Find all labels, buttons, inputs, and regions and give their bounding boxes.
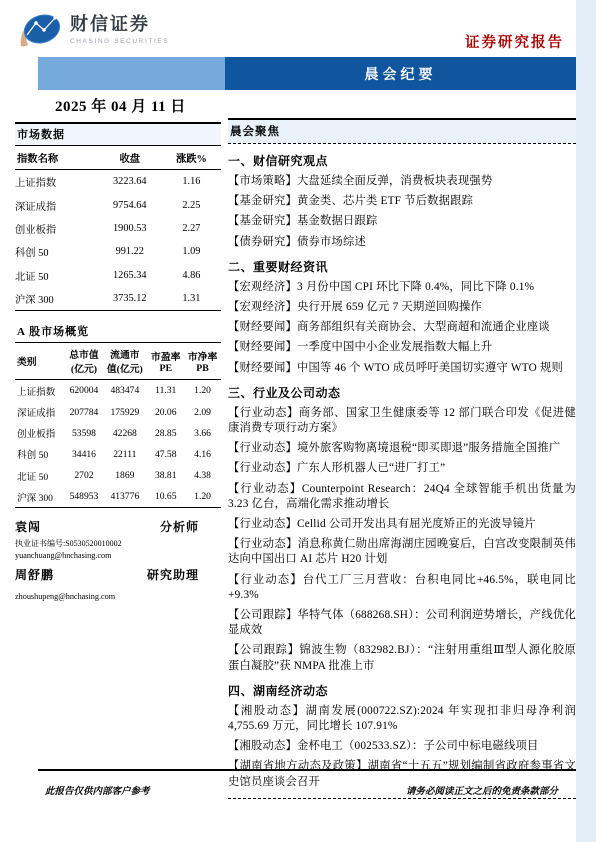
focus-item: 【行业动态】台代工厂三月营收：台积电同比+46.5%，联电同比+9.3%	[228, 573, 576, 603]
table-cell: 22111	[102, 444, 147, 465]
table-cell: 深证成指	[15, 401, 66, 422]
focus-item: 【财经要闻】中国等 46 个 WTO 成员呼吁美国切实遵守 WTO 规则	[228, 361, 576, 376]
focus-item: 【行业动态】广东人形机器人已“进厂打工”	[228, 461, 576, 476]
footer-note-right: 请务必阅读正文之后的免责条款部分	[406, 783, 558, 797]
table-row: 沪深 3003735.121.31	[15, 287, 221, 311]
table-cell: 2.27	[162, 217, 221, 240]
table-cell: 20.06	[147, 401, 184, 422]
table-cell: 4.86	[162, 264, 221, 287]
table-cell: 1.31	[162, 287, 221, 311]
focus-item: 【行业动态】境外旅客购物离境退税“即买即退”服务措施全国推广	[228, 441, 576, 456]
page-edge-strip	[576, 0, 596, 842]
table-cell: 2.25	[162, 193, 221, 216]
table-cell: 创业板指	[15, 217, 98, 240]
table-header-row: 指数名称收盘涨跌%	[15, 146, 221, 170]
brand-name-cn: 财信证券	[70, 10, 169, 36]
table-cell: 沪深 300	[15, 486, 66, 508]
focus-item: 【湘股动态】湖南发展(000722.SZ):2024 年实现扣非归母净利润 4,…	[228, 704, 576, 734]
table-cell: 1.20	[184, 380, 221, 402]
table-row: 科创 50344162211147.584.16	[15, 444, 221, 465]
table-cell: 413776	[102, 486, 147, 508]
report-page: 财信证券 CHASING SECURITIES 证券研究报告 晨会纪要 2025…	[0, 0, 596, 842]
market-data-title: 市场数据	[15, 122, 221, 146]
table-cell: 科创 50	[15, 240, 98, 263]
column-header: 市净率 PB	[184, 343, 221, 380]
member-name: 袁闯	[15, 518, 41, 535]
report-type-label: 证券研究报告	[465, 31, 564, 52]
focus-item: 【基金研究】黄金类、芯片类 ETF 节后数据跟踪	[228, 194, 576, 209]
column-header: 市盈率 PE	[147, 343, 184, 380]
focus-item: 【行业动态】商务部、国家卫生健康委等 12 部门联合印发《促进健康消费专项行动方…	[228, 406, 576, 436]
content-end-divider	[228, 798, 576, 799]
table-cell: 深证成指	[15, 193, 98, 216]
column-header: 收盘	[98, 146, 162, 170]
table-cell: 548953	[66, 486, 103, 508]
focus-item: 【宏观经济】3 月份中国 CPI 环比下降 0.4%，同比下降 0.1%	[228, 280, 576, 295]
focus-item: 【湘股动态】金杯电工（002533.SZ）：子公司中标电磁线项目	[228, 739, 576, 754]
banner-left-block	[38, 57, 225, 90]
member-role: 研究助理	[147, 566, 199, 583]
table-cell: 1265.34	[98, 264, 162, 287]
table-header-row: 类别总市值 (亿元)流通市 值(亿元)市盈率 PE市净率 PB	[15, 343, 221, 380]
table-cell: 4.38	[184, 465, 221, 486]
focus-item: 【财经要闻】商务部组织有关商协会、大型商超和流通企业座谈	[228, 320, 576, 335]
brand-header: 财信证券 CHASING SECURITIES	[18, 10, 169, 57]
focus-sections: 一、财信研究观点【市场策略】大盘延续全面反弹，消费板块表现强势【基金研究】黄金类…	[228, 152, 576, 790]
table-cell: 175929	[102, 401, 147, 422]
table-row: 深证成指20778417592920.062.09	[15, 401, 221, 422]
focus-item: 【公司跟踪】锦波生物（832982.BJ）：“注射用重组Ⅲ型人源化胶原蛋白凝胶”…	[228, 643, 576, 673]
ashare-overview-title: A 股市场概览	[15, 320, 221, 342]
focus-item: 【行业动态】消息称黄仁勋出席海湖庄园晚宴后，白宫改变限制英伟达向中国出口 AI …	[228, 537, 576, 567]
team-member: 周舒鹏研究助理zhoushupeng@hnchasing.com	[15, 566, 221, 601]
member-cert-number: 执业证书编号:S0530520010002	[15, 538, 221, 549]
company-logo-icon	[18, 10, 64, 57]
column-header: 流通市 值(亿元)	[102, 343, 147, 380]
section-heading: 三、行业及公司动态	[228, 384, 576, 401]
table-cell: 483474	[102, 380, 147, 402]
focus-item: 【市场策略】大盘延续全面反弹，消费板块表现强势	[228, 174, 576, 189]
table-row: 上证指数3223.641.16	[15, 170, 221, 194]
table-cell: 28.85	[147, 423, 184, 444]
table-cell: 47.58	[147, 444, 184, 465]
section-heading: 四、湖南经济动态	[228, 682, 576, 699]
focus-item: 【宏观经济】央行开展 659 亿元 7 天期逆回购操作	[228, 300, 576, 315]
ashare-overview-table: 类别总市值 (亿元)流通市 值(亿元)市盈率 PE市净率 PB上证指数62000…	[15, 342, 221, 508]
footer: 此报告仅供内部客户参考 请务必阅读正文之后的免责条款部分	[45, 783, 558, 797]
table-cell: 11.31	[147, 380, 184, 402]
section-heading: 二、重要财经资讯	[228, 258, 576, 275]
member-email: zhoushupeng@hnchasing.com	[15, 592, 221, 601]
main-content: 晨会聚焦 一、财信研究观点【市场策略】大盘延续全面反弹，消费板块表现强势【基金研…	[228, 118, 576, 799]
left-sidebar: 市场数据 指数名称收盘涨跌%上证指数3223.641.16深证成指9754.64…	[15, 122, 221, 601]
table-row: 深证成指9754.642.25	[15, 193, 221, 216]
focus-section-title: 晨会聚焦	[228, 118, 576, 144]
table-cell: 上证指数	[15, 170, 98, 194]
title-banner: 晨会纪要	[38, 57, 576, 90]
footer-divider	[38, 769, 576, 771]
section-heading: 一、财信研究观点	[228, 152, 576, 169]
member-role: 分析师	[160, 518, 199, 535]
table-cell: 34416	[66, 444, 103, 465]
banner-right-block: 晨会纪要	[225, 57, 576, 90]
focus-item: 【行业动态】Cellid 公司开发出具有屈光度矫正的光波导镜片	[228, 517, 576, 532]
table-cell: 1869	[102, 465, 147, 486]
table-cell: 科创 50	[15, 444, 66, 465]
table-row: 创业板指535984226828.853.66	[15, 423, 221, 444]
focus-item: 【基金研究】基金数据日跟踪	[228, 214, 576, 229]
focus-item: 【财经要闻】一季度中国中小企业发展指数大幅上升	[228, 340, 576, 355]
table-cell: 53598	[66, 423, 103, 444]
report-date: 2025 年 04 月 11 日	[55, 95, 186, 116]
column-header: 指数名称	[15, 146, 98, 170]
member-header: 袁闯分析师	[15, 518, 221, 535]
table-cell: 北证 50	[15, 264, 98, 287]
report-title: 晨会纪要	[365, 64, 437, 84]
table-cell: 42268	[102, 423, 147, 444]
table-row: 上证指数62000448347411.311.20	[15, 380, 221, 402]
table-row: 北证 502702186938.814.38	[15, 465, 221, 486]
team-member: 袁闯分析师执业证书编号:S0530520010002yuanchuang@hnc…	[15, 518, 221, 560]
table-cell: 3223.64	[98, 170, 162, 194]
member-header: 周舒鹏研究助理	[15, 566, 221, 583]
column-header: 总市值 (亿元)	[66, 343, 103, 380]
table-cell: 2702	[66, 465, 103, 486]
table-cell: 北证 50	[15, 465, 66, 486]
table-cell: 1.16	[162, 170, 221, 194]
table-cell: 上证指数	[15, 380, 66, 402]
table-cell: 10.65	[147, 486, 184, 508]
table-row: 科创 50991.221.09	[15, 240, 221, 263]
member-name: 周舒鹏	[15, 566, 54, 583]
table-cell: 沪深 300	[15, 287, 98, 311]
table-cell: 38.81	[147, 465, 184, 486]
brand-text: 财信证券 CHASING SECURITIES	[70, 10, 169, 45]
table-cell: 620004	[66, 380, 103, 402]
focus-item: 【债券研究】债券市场综述	[228, 235, 576, 250]
table-cell: 3735.12	[98, 287, 162, 311]
table-cell: 1.09	[162, 240, 221, 263]
column-header: 类别	[15, 343, 66, 380]
table-cell: 9754.64	[98, 193, 162, 216]
table-row: 北证 501265.344.86	[15, 264, 221, 287]
table-cell: 2.09	[184, 401, 221, 422]
member-email: yuanchuang@hnchasing.com	[15, 551, 221, 560]
table-cell: 3.66	[184, 423, 221, 444]
brand-name-en: CHASING SECURITIES	[70, 38, 169, 45]
table-cell: 991.22	[98, 240, 162, 263]
focus-item: 【公司跟踪】华特气体（688268.SH）：公司利润逆势增长，产线优化显成效	[228, 608, 576, 638]
table-cell: 1.20	[184, 486, 221, 508]
team-list: 袁闯分析师执业证书编号:S0530520010002yuanchuang@hnc…	[15, 518, 221, 601]
footer-note-left: 此报告仅供内部客户参考	[45, 783, 150, 797]
table-cell: 4.16	[184, 444, 221, 465]
market-data-table: 指数名称收盘涨跌%上证指数3223.641.16深证成指9754.642.25创…	[15, 146, 221, 311]
table-cell: 创业板指	[15, 423, 66, 444]
table-cell: 1900.53	[98, 217, 162, 240]
table-row: 创业板指1900.532.27	[15, 217, 221, 240]
table-row: 沪深 30054895341377610.651.20	[15, 486, 221, 508]
table-cell: 207784	[66, 401, 103, 422]
column-header: 涨跌%	[162, 146, 221, 170]
focus-item: 【行业动态】Counterpoint Research：24Q4 全球智能手机出…	[228, 482, 576, 512]
